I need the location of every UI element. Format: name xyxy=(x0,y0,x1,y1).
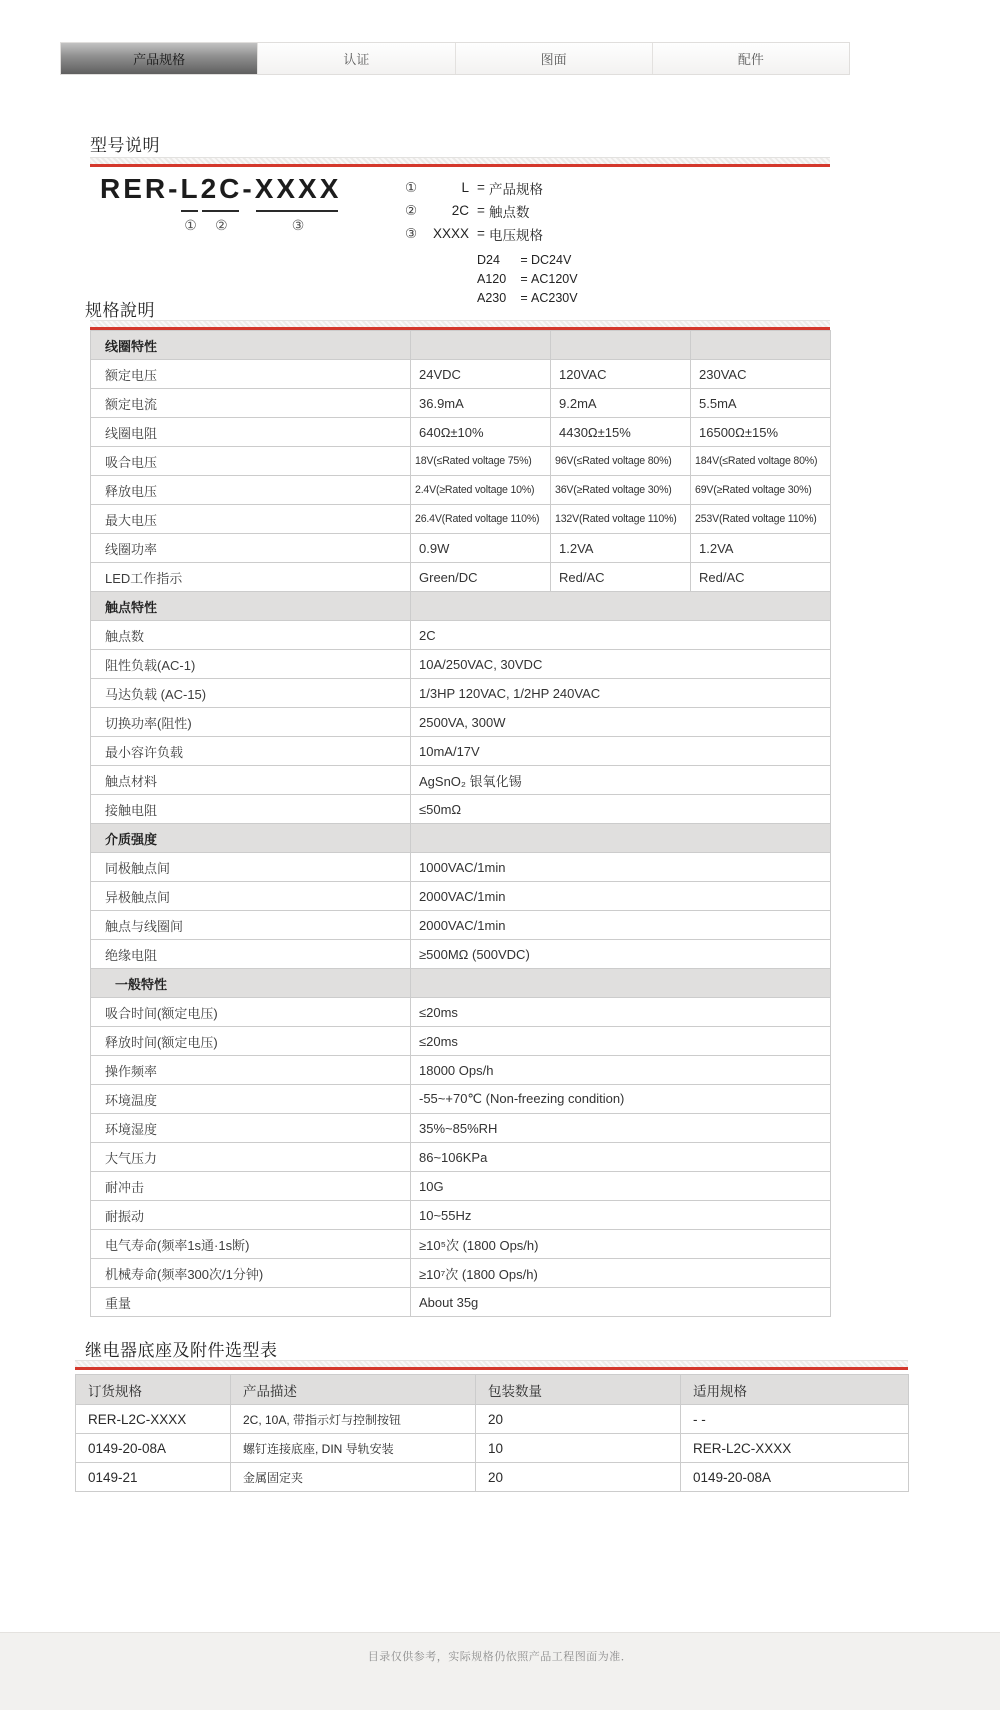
spec-value-cell: 253V(Rated voltage 110%) xyxy=(691,505,831,534)
model-part: XXXX③ xyxy=(255,172,342,234)
voltage-desc: AC230V xyxy=(531,291,578,305)
spec-row-label: 一般特性 xyxy=(91,969,411,998)
spec-value-cell: ≤20ms xyxy=(411,998,831,1027)
equals-sign: = xyxy=(473,226,489,241)
accessories-cell: 螺钉连接底座, DIN 导轨安装 xyxy=(231,1434,476,1463)
spec-row: 同极触点间1000VAC/1min xyxy=(91,853,831,882)
circled-number: ② xyxy=(201,217,243,234)
spec-value-cell: 10~55Hz xyxy=(411,1201,831,1230)
tab-product-spec[interactable]: 产品规格 xyxy=(61,43,257,74)
accessories-cell: 0149-20-08A xyxy=(681,1463,909,1492)
spec-value-cell: 16500Ω±15% xyxy=(691,418,831,447)
spec-value-cell: 2.4V(≥Rated voltage 10%) xyxy=(411,476,551,505)
rule-red-line xyxy=(90,164,830,167)
spec-row-label: 触点与线圈间 xyxy=(91,911,411,940)
spec-row: 环境温度-55~+70℃ (Non-freezing condition) xyxy=(91,1085,831,1114)
spec-value-cell: Red/AC xyxy=(551,563,691,592)
spec-value-cell: 2000VAC/1min xyxy=(411,911,831,940)
spec-row: 重量About 35g xyxy=(91,1288,831,1317)
legend-code: XXXX xyxy=(431,226,473,241)
underline-mark xyxy=(181,210,197,212)
accessories-header-cell: 产品描述 xyxy=(231,1375,476,1405)
voltage-desc: DC24V xyxy=(531,253,578,267)
spec-row: 异极触点间2000VAC/1min xyxy=(91,882,831,911)
spec-row: 接触电阻≤50mΩ xyxy=(91,795,831,824)
spec-row: 吸合电压18V(≤Rated voltage 75%)96V(≤Rated vo… xyxy=(91,447,831,476)
accessories-cell: 0149-21 xyxy=(76,1463,231,1492)
accessories-header-cell: 订货规格 xyxy=(76,1375,231,1405)
accessories-table-body: RER-L2C-XXXX2C, 10A, 带指示灯与控制按钮20- -0149-… xyxy=(76,1405,909,1492)
spec-value-cell: 10mA/17V xyxy=(411,737,831,766)
accessories-header-cell: 包装数量 xyxy=(476,1375,681,1405)
accessories-cell: 金属固定夹 xyxy=(231,1463,476,1492)
spec-row-label: 释放时间(额定电压) xyxy=(91,1027,411,1056)
rule-hatch xyxy=(90,157,830,164)
spec-row: LED工作指示Green/DCRed/ACRed/AC xyxy=(91,563,831,592)
accessories-header-cell: 适用规格 xyxy=(681,1375,909,1405)
spec-row: 阻性负载(AC-1)10A/250VAC, 30VDC xyxy=(91,650,831,679)
accessories-cell: 0149-20-08A xyxy=(76,1434,231,1463)
spec-row-label: 线圈功率 xyxy=(91,534,411,563)
section-title-accessories: 继电器底座及附件选型表 xyxy=(85,1336,278,1361)
spec-section-row: 触点特性 xyxy=(91,592,831,621)
footer-note: 目录仅供参考，实际规格仍依照产品工程图面为准． xyxy=(0,1648,1000,1664)
legend-row: ③XXXX=电压规格 xyxy=(405,222,543,245)
spec-value-cell xyxy=(411,969,831,998)
spec-row: 电气寿命(频率1s通·1s断)≥10⁵次 (1800 Ops/h) xyxy=(91,1230,831,1259)
section-rule xyxy=(90,320,830,330)
spec-table: 线圈特性额定电压24VDC120VAC230VAC额定电流36.9mA9.2mA… xyxy=(90,330,831,1317)
voltage-code: A120 xyxy=(477,272,517,286)
spec-row-label: 最大电压 xyxy=(91,505,411,534)
spec-value-cell: 36V(≥Rated voltage 30%) xyxy=(551,476,691,505)
legend-row: ②2C=触点数 xyxy=(405,199,543,222)
spec-row: 最小容许负载10mA/17V xyxy=(91,737,831,766)
legend-desc: 产品规格 xyxy=(489,178,543,198)
section-rule xyxy=(75,1360,908,1370)
accessories-cell: 20 xyxy=(476,1405,681,1434)
spec-row-label: 重量 xyxy=(91,1288,411,1317)
spec-row: 机械寿命(频率300次/1分钟)≥10⁷次 (1800 Ops/h) xyxy=(91,1259,831,1288)
spec-value-cell: 18000 Ops/h xyxy=(411,1056,831,1085)
spec-section-row: 一般特性 xyxy=(91,969,831,998)
spec-row-label: 吸合时间(额定电压) xyxy=(91,998,411,1027)
spec-row-label: 马达负载 (AC-15) xyxy=(91,679,411,708)
model-part: 2C② xyxy=(201,172,243,234)
accessories-cell: 10 xyxy=(476,1434,681,1463)
circled-number: ① xyxy=(180,217,200,234)
spec-row-label: 介质强度 xyxy=(91,824,411,853)
voltage-option: D24=DC24V xyxy=(477,250,578,269)
spec-row: 马达负载 (AC-15)1/3HP 120VAC, 1/2HP 240VAC xyxy=(91,679,831,708)
spec-row: 大气压力86~106KPa xyxy=(91,1143,831,1172)
spec-row-label: 触点数 xyxy=(91,621,411,650)
model-part-text: 2C xyxy=(201,172,243,206)
spec-value-cell: 96V(≤Rated voltage 80%) xyxy=(551,447,691,476)
spec-row: 触点数2C xyxy=(91,621,831,650)
equals-sign: = xyxy=(517,272,531,286)
spec-value-cell: 5.5mA xyxy=(691,389,831,418)
spec-row: 环境湿度35%~85%RH xyxy=(91,1114,831,1143)
spec-row-label: 大气压力 xyxy=(91,1143,411,1172)
model-part-text: - xyxy=(242,172,254,206)
section-title-spec: 规格說明 xyxy=(85,296,155,321)
equals-sign: = xyxy=(517,253,531,267)
spec-value-cell xyxy=(411,592,831,621)
legend-code: L xyxy=(431,180,473,195)
spec-row: 线圈电阻640Ω±10%4430Ω±15%16500Ω±15% xyxy=(91,418,831,447)
spec-table-body: 线圈特性额定电压24VDC120VAC230VAC额定电流36.9mA9.2mA… xyxy=(91,331,831,1317)
model-code: RER-L①2C②-XXXX③ xyxy=(100,172,341,234)
spec-row-label: 释放电压 xyxy=(91,476,411,505)
spec-value-cell: About 35g xyxy=(411,1288,831,1317)
section-rule xyxy=(90,157,830,167)
spec-row-label: 同极触点间 xyxy=(91,853,411,882)
underline-mark xyxy=(202,210,240,212)
accessories-cell: - - xyxy=(681,1405,909,1434)
spec-row-label: 触点材料 xyxy=(91,766,411,795)
tab-certification[interactable]: 认证 xyxy=(257,43,454,74)
spec-value-cell xyxy=(551,331,691,360)
tab-accessories[interactable]: 配件 xyxy=(652,43,849,74)
spec-value-cell: AgSnO₂ 银氧化锡 xyxy=(411,766,831,795)
circled-number: ③ xyxy=(255,217,342,234)
spec-value-cell: 10G xyxy=(411,1172,831,1201)
spec-value-cell: 1.2VA xyxy=(691,534,831,563)
spec-value-cell: 2000VAC/1min xyxy=(411,882,831,911)
spec-value-cell: 86~106KPa xyxy=(411,1143,831,1172)
spec-value-cell: ≥10⁵次 (1800 Ops/h) xyxy=(411,1230,831,1259)
spec-value-cell: ≤20ms xyxy=(411,1027,831,1056)
spec-value-cell xyxy=(691,331,831,360)
footer-band: 目录仅供参考，实际规格仍依照产品工程图面为准． xyxy=(0,1632,1000,1710)
spec-row: 耐冲击10G xyxy=(91,1172,831,1201)
spec-row-label: 额定电流 xyxy=(91,389,411,418)
spec-value-cell: 2C xyxy=(411,621,831,650)
spec-value-cell: 2500VA, 300W xyxy=(411,708,831,737)
spec-value-cell: 0.9W xyxy=(411,534,551,563)
spec-row: 触点与线圈间2000VAC/1min xyxy=(91,911,831,940)
accessories-cell: 20 xyxy=(476,1463,681,1492)
voltage-option: A230=AC230V xyxy=(477,288,578,307)
voltage-option: A120=AC120V xyxy=(477,269,578,288)
legend-desc: 电压规格 xyxy=(489,224,543,244)
spec-value-cell: 18V(≤Rated voltage 75%) xyxy=(411,447,551,476)
spec-value-cell: 24VDC xyxy=(411,360,551,389)
spec-row-label: 接触电阻 xyxy=(91,795,411,824)
spec-row: 绝缘电阻≥500MΩ (500VDC) xyxy=(91,940,831,969)
spec-value-cell: ≤50mΩ xyxy=(411,795,831,824)
model-part-text: L xyxy=(180,172,200,206)
spec-value-cell: 120VAC xyxy=(551,360,691,389)
circled-number: ③ xyxy=(405,226,431,242)
spec-value-cell: 10A/250VAC, 30VDC xyxy=(411,650,831,679)
spec-row-label: 最小容许负载 xyxy=(91,737,411,766)
spec-value-cell: 4430Ω±15% xyxy=(551,418,691,447)
model-part: - xyxy=(242,172,254,206)
spec-row-label: 线圈特性 xyxy=(91,331,411,360)
spec-row: 触点材料AgSnO₂ 银氧化锡 xyxy=(91,766,831,795)
spec-section-row: 线圈特性 xyxy=(91,331,831,360)
spec-row-label: LED工作指示 xyxy=(91,563,411,592)
spec-row: 耐振动10~55Hz xyxy=(91,1201,831,1230)
spec-row-label: 耐振动 xyxy=(91,1201,411,1230)
spec-row: 最大电压26.4V(Rated voltage 110%)132V(Rated … xyxy=(91,505,831,534)
spec-row-label: 机械寿命(频率300次/1分钟) xyxy=(91,1259,411,1288)
underline-mark xyxy=(256,210,339,212)
spec-value-cell: 1.2VA xyxy=(551,534,691,563)
accessories-cell: RER-L2C-XXXX xyxy=(76,1405,231,1434)
spec-value-cell: ≥10⁷次 (1800 Ops/h) xyxy=(411,1259,831,1288)
spec-row-label: 线圈电阻 xyxy=(91,418,411,447)
spec-value-cell: 132V(Rated voltage 110%) xyxy=(551,505,691,534)
spec-value-cell: 35%~85%RH xyxy=(411,1114,831,1143)
spec-value-cell: 640Ω±10% xyxy=(411,418,551,447)
model-part: RER- xyxy=(100,172,180,206)
circled-number: ① xyxy=(405,180,431,196)
model-part-text: RER- xyxy=(100,172,180,206)
spec-row: 额定电流36.9mA9.2mA5.5mA xyxy=(91,389,831,418)
spec-value-cell: 1/3HP 120VAC, 1/2HP 240VAC xyxy=(411,679,831,708)
voltage-desc: AC120V xyxy=(531,272,578,286)
accessories-header-row: 订货规格产品描述包装数量适用规格 xyxy=(76,1375,909,1405)
spec-row-label: 触点特性 xyxy=(91,592,411,621)
spec-value-cell: ≥500MΩ (500VDC) xyxy=(411,940,831,969)
accessories-row: 0149-20-08A螺钉连接底座, DIN 导轨安装10RER-L2C-XXX… xyxy=(76,1434,909,1463)
rule-red-line xyxy=(75,1367,908,1370)
spec-row-label: 额定电压 xyxy=(91,360,411,389)
equals-sign: = xyxy=(473,203,489,218)
equals-sign: = xyxy=(517,291,531,305)
spec-value-cell: 69V(≥Rated voltage 30%) xyxy=(691,476,831,505)
section-title-model: 型号说明 xyxy=(90,131,160,156)
spec-row-label: 环境湿度 xyxy=(91,1114,411,1143)
voltage-options-wrap: D24=DC24VA120=AC120VA230=AC230V xyxy=(405,245,578,307)
spec-value-cell xyxy=(411,331,551,360)
model-legend: ①L=产品规格②2C=触点数③XXXX=电压规格 xyxy=(405,176,543,245)
voltage-options: D24=DC24VA120=AC120VA230=AC230V xyxy=(477,250,578,307)
spec-row: 线圈功率0.9W1.2VA1.2VA xyxy=(91,534,831,563)
spec-value-cell: 184V(≤Rated voltage 80%) xyxy=(691,447,831,476)
spec-value-cell: 1000VAC/1min xyxy=(411,853,831,882)
spec-row: 吸合时间(额定电压)≤20ms xyxy=(91,998,831,1027)
spec-value-cell: -55~+70℃ (Non-freezing condition) xyxy=(411,1085,831,1114)
rule-hatch xyxy=(90,320,830,327)
spec-row: 释放电压2.4V(≥Rated voltage 10%)36V(≥Rated v… xyxy=(91,476,831,505)
accessories-cell: 2C, 10A, 带指示灯与控制按钮 xyxy=(231,1405,476,1434)
tab-drawing[interactable]: 图面 xyxy=(455,43,652,74)
spec-row-label: 环境温度 xyxy=(91,1085,411,1114)
legend-code: 2C xyxy=(431,203,473,218)
spec-value-cell: 36.9mA xyxy=(411,389,551,418)
spec-value-cell xyxy=(411,824,831,853)
model-part: L① xyxy=(180,172,200,234)
voltage-code: A230 xyxy=(477,291,517,305)
spec-row-label: 耐冲击 xyxy=(91,1172,411,1201)
tab-bar: 产品规格认证图面配件 xyxy=(60,42,850,75)
spec-section-row: 介质强度 xyxy=(91,824,831,853)
spec-row-label: 切换功率(阻性) xyxy=(91,708,411,737)
voltage-code: D24 xyxy=(477,253,517,267)
spec-row-label: 异极触点间 xyxy=(91,882,411,911)
spec-row-label: 吸合电压 xyxy=(91,447,411,476)
accessories-cell: RER-L2C-XXXX xyxy=(681,1434,909,1463)
spec-value-cell: 9.2mA xyxy=(551,389,691,418)
legend-row: ①L=产品规格 xyxy=(405,176,543,199)
accessories-row: 0149-21金属固定夹200149-20-08A xyxy=(76,1463,909,1492)
circled-number: ② xyxy=(405,203,431,219)
spec-row-label: 绝缘电阻 xyxy=(91,940,411,969)
spec-row: 切换功率(阻性)2500VA, 300W xyxy=(91,708,831,737)
rule-hatch xyxy=(75,1360,908,1367)
accessories-table: 订货规格产品描述包装数量适用规格 RER-L2C-XXXX2C, 10A, 带指… xyxy=(75,1374,909,1492)
spec-row: 释放时间(额定电压)≤20ms xyxy=(91,1027,831,1056)
spec-value-cell: Green/DC xyxy=(411,563,551,592)
legend-desc: 触点数 xyxy=(489,201,543,221)
accessories-row: RER-L2C-XXXX2C, 10A, 带指示灯与控制按钮20- - xyxy=(76,1405,909,1434)
model-part-text: XXXX xyxy=(255,172,342,206)
spec-value-cell: Red/AC xyxy=(691,563,831,592)
spec-row: 额定电压24VDC120VAC230VAC xyxy=(91,360,831,389)
spec-value-cell: 26.4V(Rated voltage 110%) xyxy=(411,505,551,534)
spec-row-label: 电气寿命(频率1s通·1s断) xyxy=(91,1230,411,1259)
spec-row: 操作频率18000 Ops/h xyxy=(91,1056,831,1085)
spec-row-label: 阻性负载(AC-1) xyxy=(91,650,411,679)
equals-sign: = xyxy=(473,180,489,195)
spec-value-cell: 230VAC xyxy=(691,360,831,389)
spec-row-label: 操作频率 xyxy=(91,1056,411,1085)
